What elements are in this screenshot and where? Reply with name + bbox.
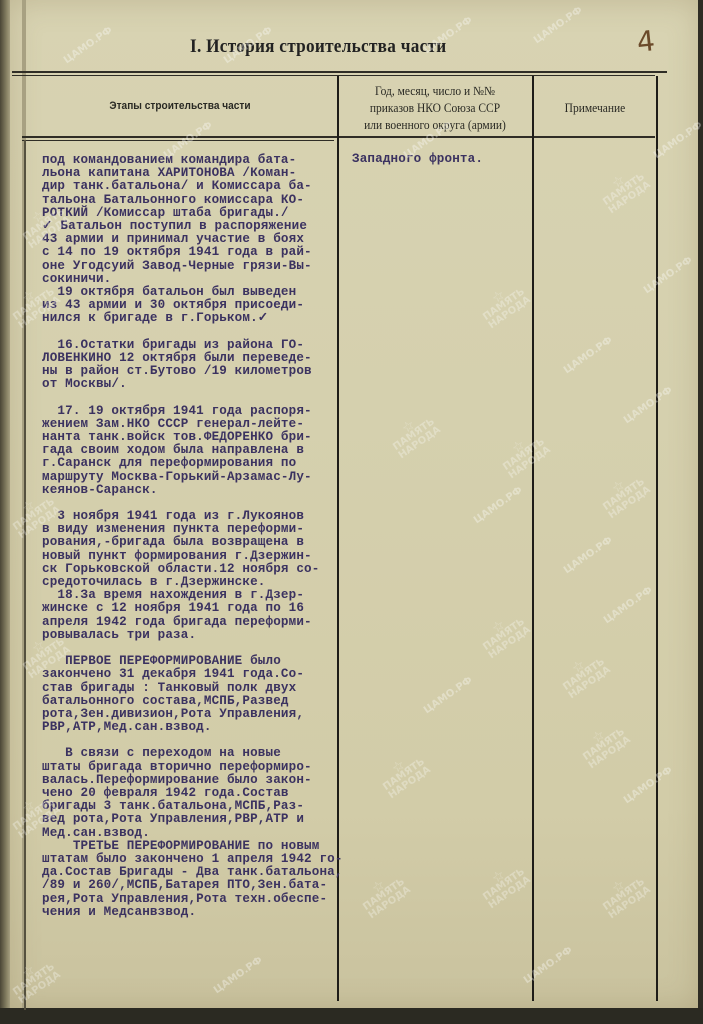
typed-line: оне Угодсуий Завод-Черные грязи-Вы- xyxy=(42,260,343,273)
header-bottom-rule xyxy=(22,136,655,138)
column-divider-3 xyxy=(656,76,658,1001)
column-header-notes: Примечание xyxy=(540,100,650,117)
typed-line: Мед.сан.взвод. xyxy=(42,827,343,840)
typed-line: Западного фронта. xyxy=(352,153,483,166)
typed-line: новый пункт формирования г.Дзержин- xyxy=(42,550,343,563)
column-header-stages: Этапы строительства части xyxy=(51,98,309,115)
column-header-orders-line: приказов НКО Союза ССР xyxy=(348,100,523,117)
typed-line: вед рота,Рота Управления,РВР,АТР и xyxy=(42,813,343,826)
typed-line: /89 и 260/,МСПБ,Батарея ПТО,Зен.бата- xyxy=(42,879,343,892)
typed-line xyxy=(42,391,343,404)
typed-line: В связи с переходом на новые xyxy=(42,747,343,760)
column-divider-2 xyxy=(532,76,534,1001)
typed-line xyxy=(42,325,343,338)
typed-line: 16.Остатки бригады из района ГО- xyxy=(42,339,343,352)
handwritten-page-number: 4 xyxy=(635,24,656,59)
typed-line: сокиничи. xyxy=(42,273,343,286)
typed-line: закончено 31 декабря 1941 года.Со- xyxy=(42,668,343,681)
typed-line: тальона Батальонного комиссара КО- xyxy=(42,194,343,207)
typed-line: РВР,АТР,Мед.сан.взвод. xyxy=(42,721,343,734)
column-header-orders-line: Год, месяц, число и №№ xyxy=(348,83,523,100)
typed-line: чения и Медсанвзвод. xyxy=(42,906,343,919)
column-header-orders: Год, месяц, число и №№ приказов НКО Союз… xyxy=(348,83,523,134)
typed-line: дир танк.батальона/ и Комиссара ба- xyxy=(42,180,343,193)
typed-line: РОТКИЙ /Комиссар штаба бригады./ xyxy=(42,207,343,220)
table-top-rule-thin xyxy=(12,75,655,76)
page-right-edge xyxy=(698,0,703,1024)
typed-line: 17. 19 октября 1941 года распоря- xyxy=(42,405,343,418)
typed-line: нился к бригаде в г.Горьком.✓ xyxy=(42,312,343,325)
typed-line: став бригады : Танковый полк двух xyxy=(42,682,343,695)
typed-line: с 14 по 19 октября 1941 года в рай- xyxy=(42,246,343,259)
typed-line: г.Саранск для переформирования по xyxy=(42,457,343,470)
stages-text-block: под командованием командира бата-льона к… xyxy=(42,154,343,919)
typed-line: штаты бригада вторично переформиро- xyxy=(42,761,343,774)
typed-line: рования,-бригада была возвращена в xyxy=(42,536,343,549)
table-top-rule xyxy=(12,71,667,73)
typed-line: батальонного состава,МСПБ,Развед xyxy=(42,695,343,708)
typed-line: от Москвы/. xyxy=(42,378,343,391)
orders-text-block: Западного фронта. xyxy=(352,153,483,166)
typed-line: рея,Рота Управления,Рота техн.обеспе- xyxy=(42,893,343,906)
typed-line: жением Зам.НКО СССР генерал-лейте- xyxy=(42,418,343,431)
typed-line: ровывалась три раза. xyxy=(42,629,343,642)
typed-line: ТРЕТЬЕ ПЕРЕФОРМИРОВАНИЕ по новым xyxy=(42,840,343,853)
typed-line: кеянов-Саранск. xyxy=(42,484,343,497)
page-bottom-edge xyxy=(0,1008,703,1024)
typed-line: апреля 1942 года бригада переформи- xyxy=(42,616,343,629)
left-table-border xyxy=(24,140,26,1010)
typed-line: маршруту Москва-Горький-Арзамас-Лу- xyxy=(42,471,343,484)
typed-line: жинске с 12 ноября 1941 года по 16 xyxy=(42,602,343,615)
